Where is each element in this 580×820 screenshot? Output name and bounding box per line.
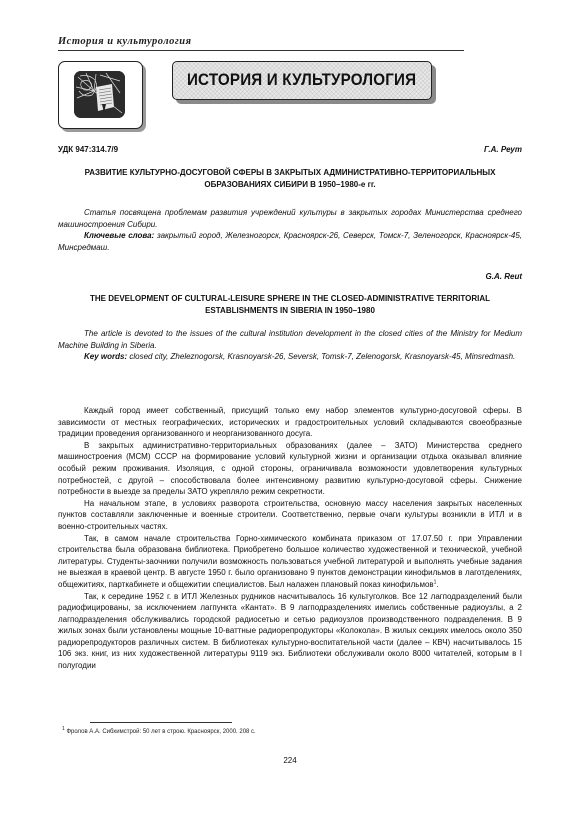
body-paragraph: Так, в самом начале строительства Горно-… [58,533,522,591]
section-banner-title: ИСТОРИЯ И КУЛЬТУРОЛОГИЯ [187,71,416,90]
header-rule [58,50,464,51]
abstract-ru-text: Статья посвящена проблемам развития учре… [58,207,522,230]
article-body: Каждый город имеет собственный, присущий… [58,405,522,672]
body-paragraph: Каждый город имеет собственный, присущий… [58,405,522,440]
article-title-en: THE DEVELOPMENT OF CULTURAL-LEISURE SPHE… [58,293,522,317]
keywords-ru: Ключевые слова: закрытый город, Железног… [58,230,522,253]
page-number: 224 [0,756,580,765]
section-banner: ИСТОРИЯ И КУЛЬТУРОЛОГИЯ [172,61,432,100]
keywords-en-list: closed city, Zheleznogorsk, Krasnoyarsk-… [127,352,515,361]
abstract-en-text: The article is devoted to the issues of … [58,328,522,351]
body-paragraph-text: Так, в самом начале строительства Горно-… [58,534,522,589]
body-paragraph: Так, к середине 1952 г. в ИТЛ Железных р… [58,591,522,672]
author-ru: Г.А. Реут [484,145,522,154]
body-paragraph: На начальном этапе, в условиях разворота… [58,498,522,533]
body-paragraph-end: . [436,580,438,589]
keywords-en-label: Key words: [84,352,127,361]
abstract-en: The article is devoted to the issues of … [58,328,522,363]
footnote-separator [90,722,232,723]
body-paragraph: В закрытых административно-территориальн… [58,440,522,498]
footnote-text: Фролов А.А. Сибхимстрой: 50 лет в строю.… [65,729,256,735]
article-title-ru: РАЗВИТИЕ КУЛЬТУРНО-ДОСУГОВОЙ СФЕРЫ В ЗАК… [58,167,522,191]
udk-code: УДК 947:314.7/9 [58,145,118,154]
manuscript-with-spiderweb-icon [74,71,125,118]
abstract-ru: Статья посвящена проблемам развития учре… [58,207,522,253]
footnote: 1 Фролов А.А. Сибхимстрой: 50 лет в стро… [62,729,256,735]
running-head: История и культурология [58,36,192,47]
keywords-ru-label: Ключевые слова: [84,231,154,240]
keywords-en: Key words: closed city, Zheleznogorsk, K… [58,351,522,363]
author-en: G.A. Reut [486,272,522,281]
